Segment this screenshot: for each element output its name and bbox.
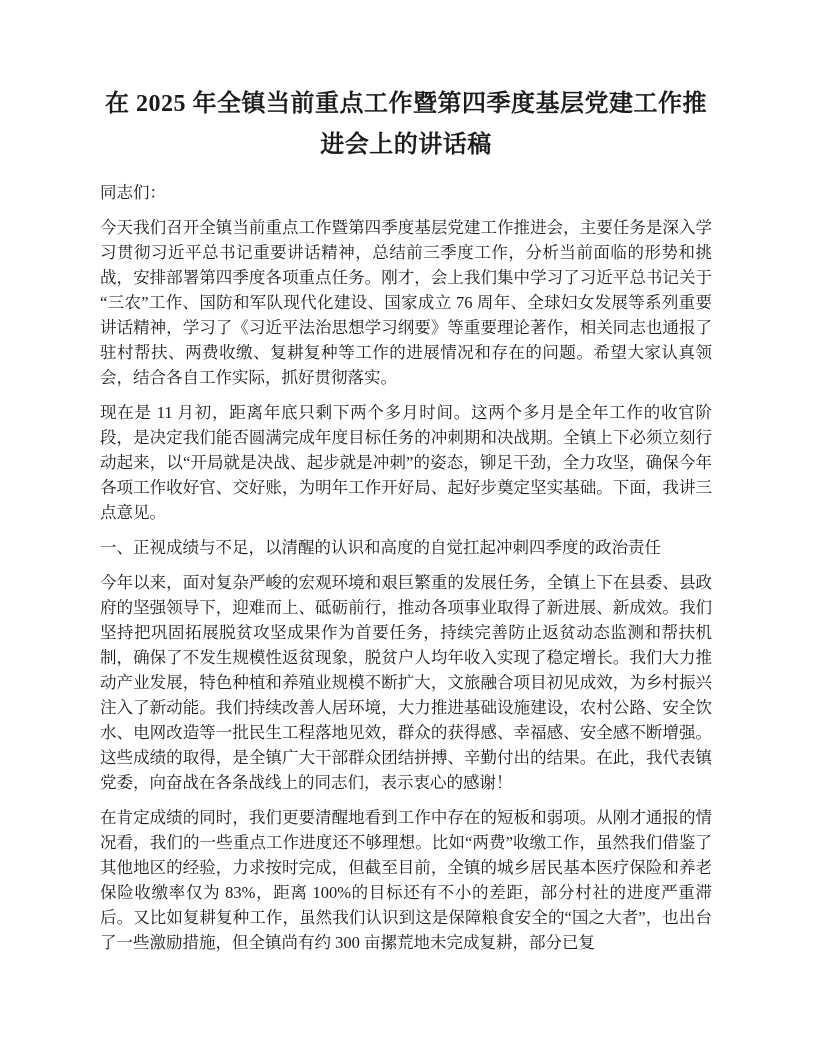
paragraph-achievements: 今年以来，面对复杂严峻的宏观环境和艰巨繁重的发展任务，全镇上下在县委、县政府的坚… (100, 570, 712, 795)
paragraph-shortcomings: 在肯定成绩的同时，我们更要清醒地看到工作中存在的短板和弱项。从刚才通报的情况看，… (100, 805, 712, 955)
section-heading-1: 一、正视成绩与不足，以清醒的认识和高度的自觉扛起冲刺四季度的政治责任 (100, 535, 712, 560)
paragraph-opening: 今天我们召开全镇当前重点工作暨第四季度基层党建工作推进会，主要任务是深入学习贯彻… (100, 215, 712, 390)
document-title: 在 2025 年全镇当前重点工作暨第四季度基层党建工作推进会上的讲话稿 (100, 84, 712, 166)
salutation: 同志们： (100, 180, 712, 205)
document-page: 在 2025 年全镇当前重点工作暨第四季度基层党建工作推进会上的讲话稿 同志们：… (0, 0, 816, 1056)
paragraph-timeline: 现在是 11 月初，距离年底只剩下两个多月时间。这两个多月是全年工作的收官阶段，… (100, 400, 712, 525)
